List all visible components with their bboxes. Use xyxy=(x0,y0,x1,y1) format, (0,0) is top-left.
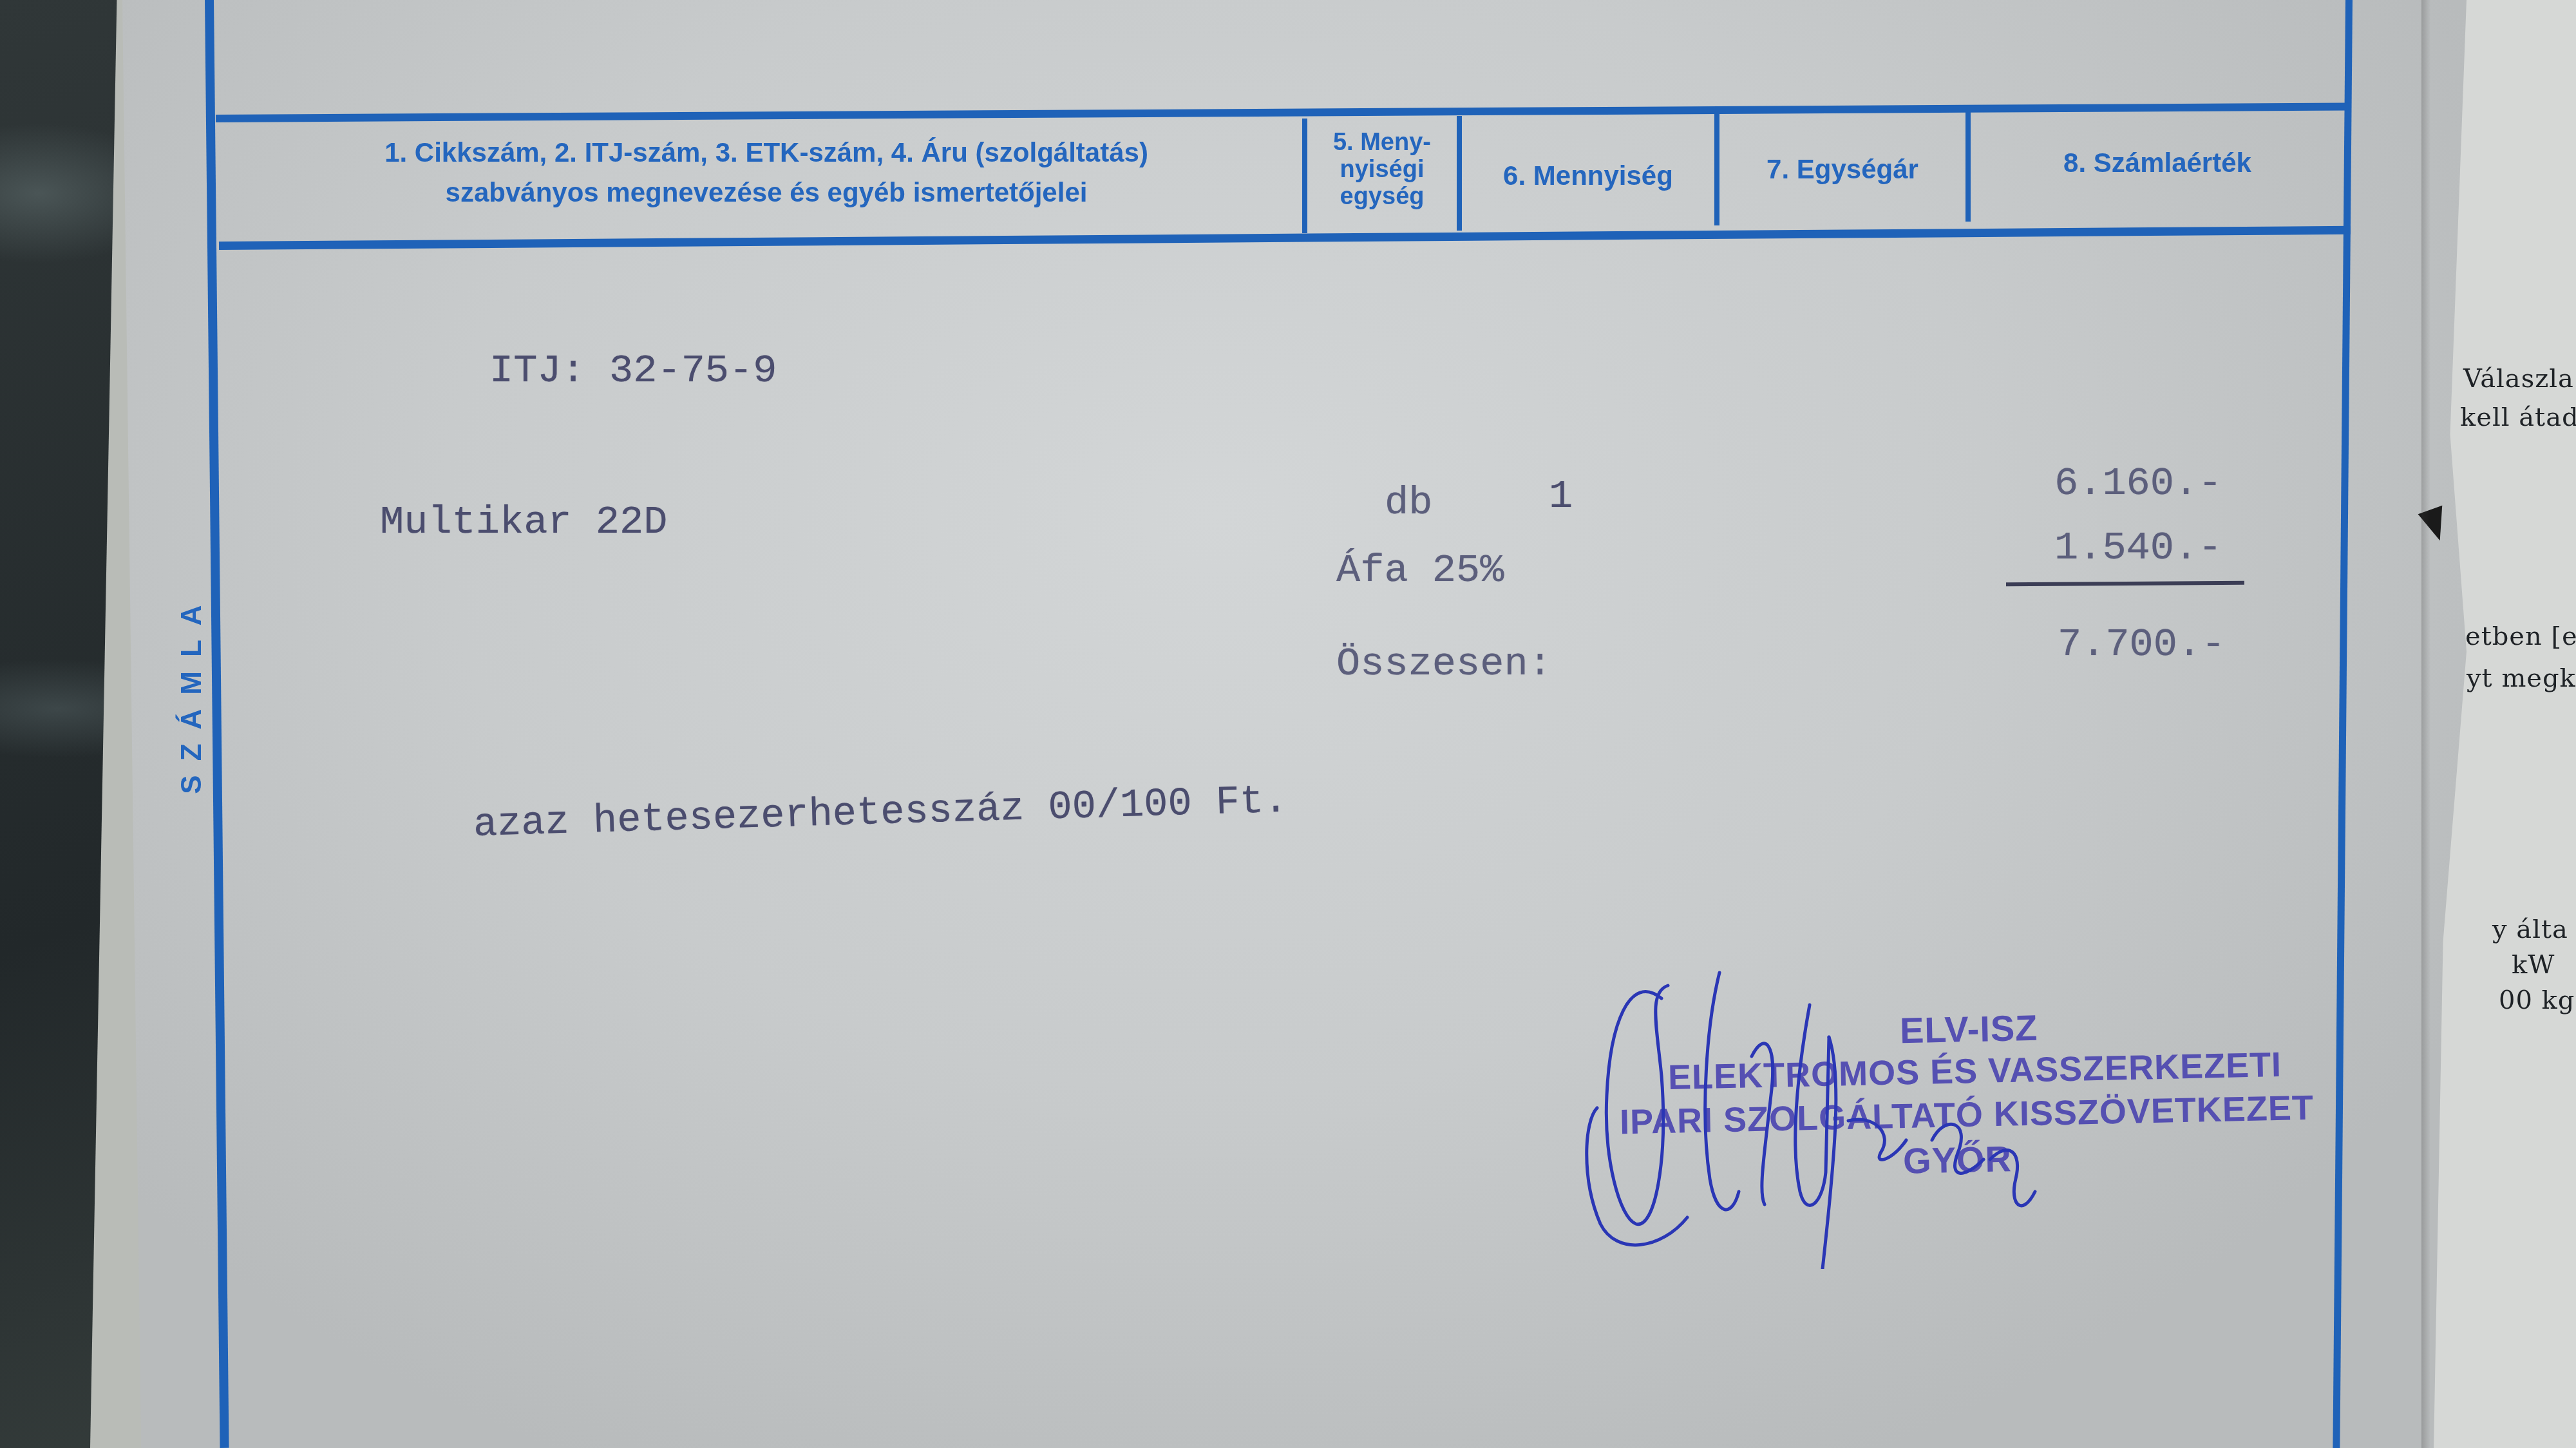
adjacent-text: Válaszla xyxy=(2463,364,2574,394)
form-title-vertical: SZÁMLA xyxy=(176,591,208,794)
total-value: 7.700.- xyxy=(2058,622,2225,667)
itj-code: ITJ: 32-75-9 xyxy=(489,348,777,394)
quantity: 1 xyxy=(1549,473,1573,519)
column-divider xyxy=(1714,112,1719,225)
adjacent-text: etben [e xyxy=(2465,622,2576,651)
header-col-1-line1: 1. Cikkszám, 2. ITJ-szám, 3. ETK-szám, 4… xyxy=(232,133,1301,173)
header-col-7: 7. Egységár xyxy=(1719,149,1965,189)
header-col-1: 1. Cikkszám, 2. ITJ-szám, 3. ETK-szám, 4… xyxy=(232,133,1301,213)
column-divider xyxy=(1965,108,1971,222)
header-col-5-line1: 5. Meny- xyxy=(1306,129,1458,156)
adjacent-text: yt megk xyxy=(2467,663,2576,693)
vat-value: 1.540.- xyxy=(2054,525,2222,571)
header-col-1-line2: szabványos megnevezése és egyéb ismertet… xyxy=(232,173,1301,213)
header-col-5-line2: nyiségi xyxy=(1306,156,1458,183)
item-name: Multikar 22D xyxy=(380,499,667,545)
header-col-8: 8. Számlaérték xyxy=(1971,143,2344,183)
header-col-5-line3: egység xyxy=(1306,183,1458,210)
signature xyxy=(1571,947,2215,1269)
adjacent-text: kell átad xyxy=(2460,403,2576,432)
adjacent-text: 00 kg xyxy=(2499,986,2575,1015)
vat-label: Áfa 25% xyxy=(1336,548,1504,593)
paper-edge-shadow xyxy=(2421,0,2430,1448)
adjacent-text: y álta xyxy=(2492,915,2568,944)
header-col-5: 5. Meny- nyiségi egység xyxy=(1306,129,1458,210)
total-label: Összesen: xyxy=(1336,641,1552,687)
header-col-6: 6. Mennyiség xyxy=(1462,156,1714,196)
net-value: 6.160.- xyxy=(2054,461,2222,506)
unit: db xyxy=(1385,480,1432,526)
adjacent-text: kW xyxy=(2512,950,2555,980)
